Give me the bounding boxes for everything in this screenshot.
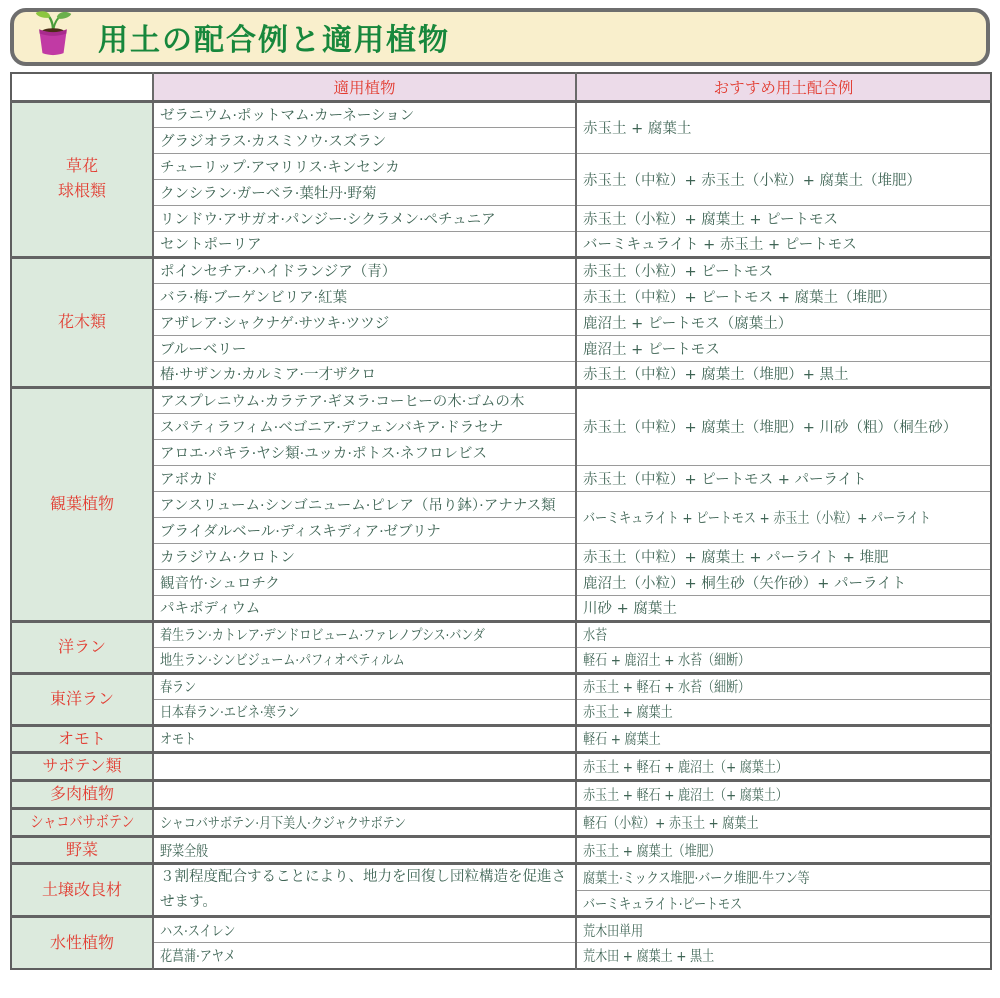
category-cell-dojou: 土壌改良材 (11, 864, 153, 917)
category-label: 土壌改良材 (42, 880, 122, 899)
soil-cell: 赤玉土（中粒）+ ピートモス + パーライト (576, 465, 991, 491)
category-cell-taniku: 多肉植物 (11, 781, 153, 809)
soil-cell: 腐葉土·ミックス堆肥·バーク堆肥·牛フン等 (576, 864, 991, 891)
category-label: 洋ラン (58, 637, 106, 656)
plants-cell: ポインセチア·ハイドランジア（青） (153, 257, 576, 283)
soil-cell: 軽石 + 鹿沼土 + 水苔（細断） (576, 647, 991, 673)
category-label: 東洋ラン (50, 689, 114, 708)
plants-cell: アロエ·パキラ·ヤシ類·ユッカ·ポトス·ネフロレビス (153, 439, 576, 465)
plants-cell: シャコバサボテン·月下美人·クジャクサボテン (153, 808, 576, 836)
page-title: 用土の配合例と適用植物 (98, 15, 450, 59)
category-label: 花木類 (58, 312, 106, 331)
plants-cell: 日本春ラン·エビネ·寒ラン (153, 699, 576, 725)
plants-cell: ハス·スイレン (153, 917, 576, 943)
soil-cell: 水苔 (576, 621, 991, 647)
soil-cell: 赤玉土 + 腐葉土 (576, 101, 991, 153)
soil-cell: 荒木田 + 腐葉土 + 黒土 (576, 943, 991, 969)
plants-cell: 野菜全般 (153, 836, 576, 864)
plants-cell: 春ラン (153, 673, 576, 699)
plants-cell: 観音竹·シュロチク (153, 569, 576, 595)
category-cell-yasai: 野菜 (11, 836, 153, 864)
plants-cell: スパティラフィム·ベゴニア·デフェンバキア·ドラセナ (153, 413, 576, 439)
header-soil: おすすめ用土配合例 (576, 73, 991, 101)
plants-cell: 着生ラン·カトレア·デンドロビューム·ファレノプシス·バンダ (153, 621, 576, 647)
soil-cell: 赤玉土（中粒）+ ピートモス + 腐葉土（堆肥） (576, 283, 991, 309)
plant-pot-icon (30, 9, 76, 59)
category-cell-omoto: オモト (11, 725, 153, 753)
plants-cell: アスプレニウム·カラテア·ギヌラ·コーヒーの木·ゴムの木 (153, 387, 576, 413)
plants-cell: アンスリューム·シンゴニューム·ピレア（吊り鉢）·アナナス類 (153, 491, 576, 517)
plants-cell: ゼラニウム·ポットマム·カーネーション (153, 101, 576, 127)
soil-cell: 赤玉土（中粒）+ 腐葉土（堆肥）+ 川砂（粗）（桐生砂） (576, 387, 991, 465)
category-cell-saboten: サボテン類 (11, 753, 153, 781)
plants-cell: バラ·梅·ブーゲンビリア·紅葉 (153, 283, 576, 309)
soil-cell: 赤玉土（中粒）+ 腐葉土 + パーライト + 堆肥 (576, 543, 991, 569)
plants-cell: 地生ラン·シンビジューム·パフィオペティルム (153, 647, 576, 673)
soil-cell: 荒木田単用 (576, 917, 991, 943)
category-cell-suisei: 水性植物 (11, 917, 153, 969)
category-label: シャコバサボテン (30, 810, 134, 835)
soil-cell: 鹿沼土 + ピートモス（腐葉土） (576, 309, 991, 335)
soil-cell: バーミキュライト + 赤玉土 + ピートモス (576, 231, 991, 257)
category-label: 多肉植物 (50, 784, 114, 803)
soil-cell: バーミキュライト·ピートモス (576, 890, 991, 917)
plants-cell: 花菖蒲·アヤメ (153, 943, 576, 969)
plants-cell: クンシラン·ガーベラ·葉牡丹·野菊 (153, 179, 576, 205)
soil-cell: 赤玉土（中粒）+ 赤玉土（小粒）+ 腐葉土（堆肥） (576, 153, 991, 205)
soil-cell: 赤玉土（小粒）+ ピートモス (576, 257, 991, 283)
soil-cell: 軽石 + 腐葉土 (576, 725, 991, 753)
soil-cell: 鹿沼土 + ピートモス (576, 335, 991, 361)
category-label: 水性植物 (50, 933, 114, 952)
category-cell-youran: 洋ラン (11, 621, 153, 673)
soil-cell: 赤玉土 + 軽石 + 水苔（細断） (576, 673, 991, 699)
plants-cell: アザレア·シャクナゲ·サツキ·ツツジ (153, 309, 576, 335)
title-bar: 用土の配合例と適用植物 (10, 8, 990, 66)
category-cell-kanyou: 観葉植物 (11, 387, 153, 621)
plants-cell: アボカド (153, 465, 576, 491)
category-label: 草花 球根類 (58, 156, 106, 200)
category-cell-kusabana: 草花 球根類 (11, 101, 153, 257)
category-label: サボテン類 (42, 756, 121, 775)
soil-cell: 赤玉土 + 軽石 + 鹿沼土（+ 腐葉土） (576, 781, 991, 809)
soil-cell: 赤玉土 + 腐葉土（堆肥） (576, 836, 991, 864)
category-cell-touyouran: 東洋ラン (11, 673, 153, 725)
plants-cell: セントポーリア (153, 231, 576, 257)
soil-cell: 赤玉土 + 腐葉土 (576, 699, 991, 725)
soil-cell: 川砂 + 腐葉土 (576, 595, 991, 621)
soil-cell: バーミキュライト + ピートモス + 赤玉土（小粒）+ パーライト (576, 491, 991, 543)
header-blank (11, 73, 153, 101)
plants-cell: チューリップ·アマリリス·キンセンカ (153, 153, 576, 179)
plants-note-cell: ３割程度配合することにより、地力を回復し団粒構造を促進させます。 (153, 864, 576, 917)
soil-cell: 赤玉土（中粒）+ 腐葉土（堆肥）+ 黒土 (576, 361, 991, 387)
plants-cell: グラジオラス·カスミソウ·スズラン (153, 127, 576, 153)
category-cell-shakoba: シャコバサボテン (11, 808, 153, 836)
plants-cell: ブルーベリー (153, 335, 576, 361)
plants-cell-empty (153, 781, 576, 809)
category-cell-kaboku: 花木類 (11, 257, 153, 387)
category-label: 野菜 (66, 840, 98, 859)
plants-cell: ブライダルベール·ディスキディア·ゼブリナ (153, 517, 576, 543)
header-plants: 適用植物 (153, 73, 576, 101)
soil-cell: 軽石（小粒）+ 赤玉土 + 腐葉土 (576, 808, 991, 836)
plants-cell: カラジウム·クロトン (153, 543, 576, 569)
plants-cell: オモト (153, 725, 576, 753)
category-label: 観葉植物 (50, 494, 114, 513)
soil-table: 適用植物 おすすめ用土配合例 草花 球根類 ゼラニウム·ポットマム·カーネーショ… (10, 72, 992, 970)
plants-cell: リンドウ·アサガオ·パンジー·シクラメン·ペチュニア (153, 205, 576, 231)
category-label: オモト (58, 729, 106, 748)
soil-cell: 赤玉土（小粒）+ 腐葉土 + ピートモス (576, 205, 991, 231)
soil-cell: 赤玉土 + 軽石 + 鹿沼土（+ 腐葉土） (576, 753, 991, 781)
soil-cell: 鹿沼土（小粒）+ 桐生砂（矢作砂）+ パーライト (576, 569, 991, 595)
plants-cell: パキボディウム (153, 595, 576, 621)
plants-cell-empty (153, 753, 576, 781)
plants-cell: 椿·サザンカ·カルミア·一才ザクロ (153, 361, 576, 387)
